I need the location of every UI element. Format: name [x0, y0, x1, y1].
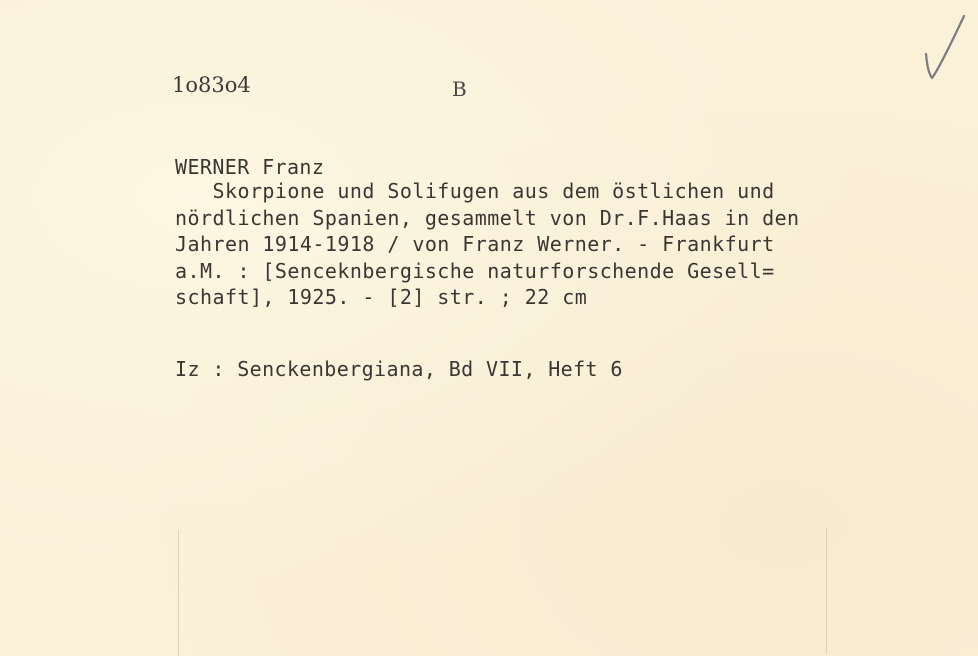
description-line: Skorpione und Solifugen aus dem östliche… [175, 178, 800, 205]
catalog-card: 1o83o4 B WERNER Franz Skorpione und Soli… [0, 0, 978, 656]
paper-fold-line [826, 528, 827, 654]
check-mark-icon [918, 12, 968, 84]
author-heading: WERNER Franz [175, 154, 324, 180]
shelf-mark: B [452, 76, 467, 102]
series-note: Iz : Senckenbergiana, Bd VII, Heft 6 [175, 356, 623, 382]
description-line: a.M. : [Senceknbergische naturforschende… [175, 258, 800, 285]
description-line: Jahren 1914-1918 / von Franz Werner. - F… [175, 231, 800, 258]
bibliographic-description: Skorpione und Solifugen aus dem östliche… [175, 178, 800, 311]
description-line: nördlichen Spanien, gesammelt von Dr.F.H… [175, 205, 800, 232]
call-number: 1o83o4 [172, 72, 251, 98]
description-line: schaft], 1925. - [2] str. ; 22 cm [175, 284, 800, 311]
paper-fold-line [178, 530, 179, 656]
